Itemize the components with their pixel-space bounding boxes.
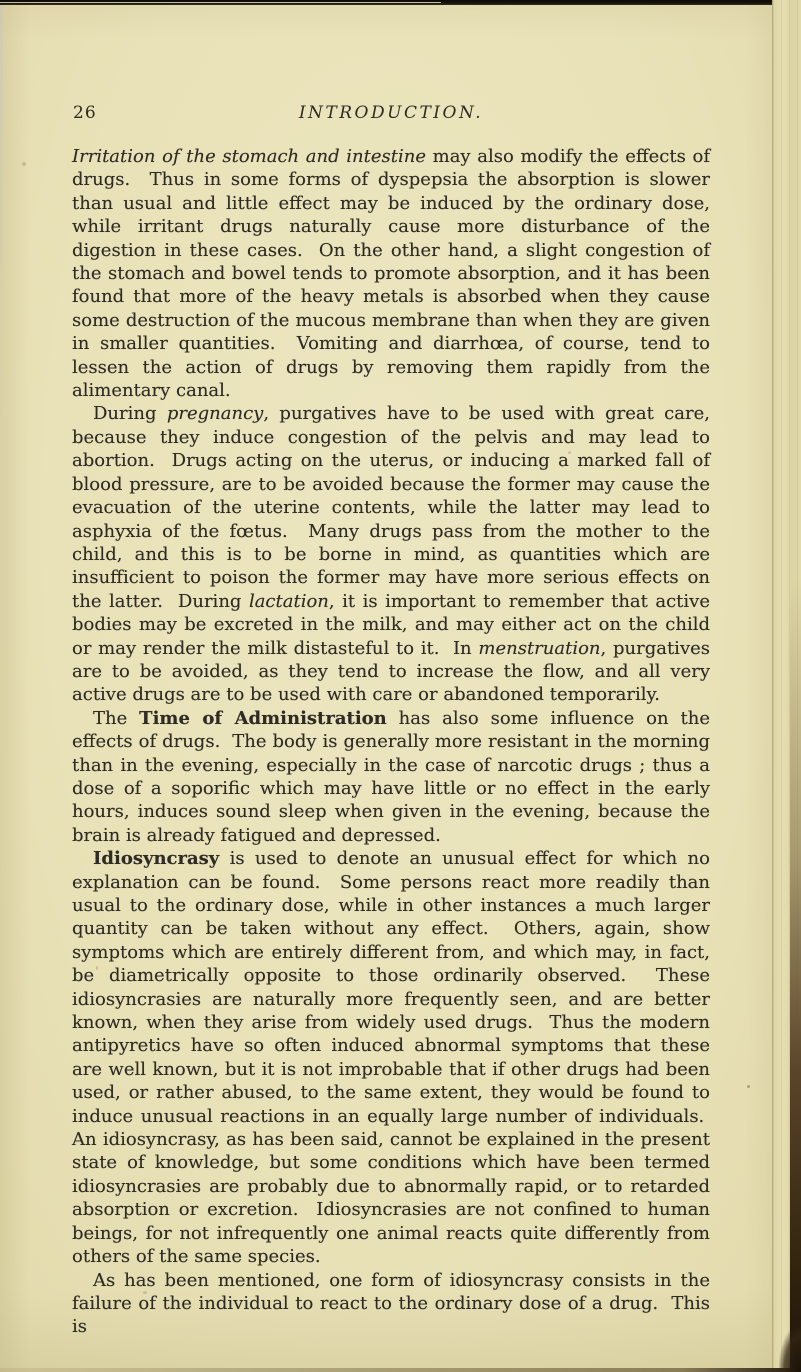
book-page-scan: 26 INTRODUCTION. Irritation of the stoma…	[0, 0, 801, 1372]
running-head-title: INTRODUCTION.	[72, 103, 710, 123]
scan-bottom-edge	[0, 1368, 801, 1372]
scan-top-edge	[0, 0, 801, 5]
text-segment: The	[93, 708, 139, 729]
text-segment: Irritation of the stomach and intestine	[72, 146, 426, 167]
scan-top-edge-highlight	[0, 2, 441, 3]
paragraph: During pregnancy, purgatives have to be …	[72, 402, 710, 706]
page-header: 26 INTRODUCTION.	[72, 103, 710, 128]
paragraph: The Time of Administration has also some…	[72, 707, 710, 847]
scan-left-edge	[0, 5, 3, 435]
text-segment: lactation	[249, 591, 329, 612]
text-segment: menstruation	[478, 638, 600, 659]
text-segment: Idiosyncrasy	[93, 848, 219, 869]
text-segment: , purgatives have to be used with great …	[72, 403, 710, 611]
text-segment: As has been mentioned, one form of idios…	[72, 1270, 710, 1338]
paper-speck	[747, 1085, 750, 1088]
text-segment: may also modify the effects of drugs. Th…	[72, 146, 710, 401]
paragraph: Irritation of the stomach and intestine …	[72, 145, 710, 402]
text-segment: is used to denote an unusual effect for …	[72, 848, 710, 1267]
scan-bottom-right-corner	[779, 1326, 801, 1372]
page-content: 26 INTRODUCTION. Irritation of the stoma…	[72, 103, 710, 1339]
book-fore-edge-shadow	[790, 0, 801, 1372]
paper-speck	[22, 162, 26, 166]
text-segment: During	[93, 403, 167, 424]
text-segment: Time of Administration	[139, 708, 387, 729]
paragraph: As has been mentioned, one form of idios…	[72, 1269, 710, 1339]
body-text: Irritation of the stomach and intestine …	[72, 145, 710, 1339]
paragraph: Idiosyncrasy is used to denote an unusua…	[72, 847, 710, 1268]
text-segment: pregnancy	[167, 403, 263, 424]
